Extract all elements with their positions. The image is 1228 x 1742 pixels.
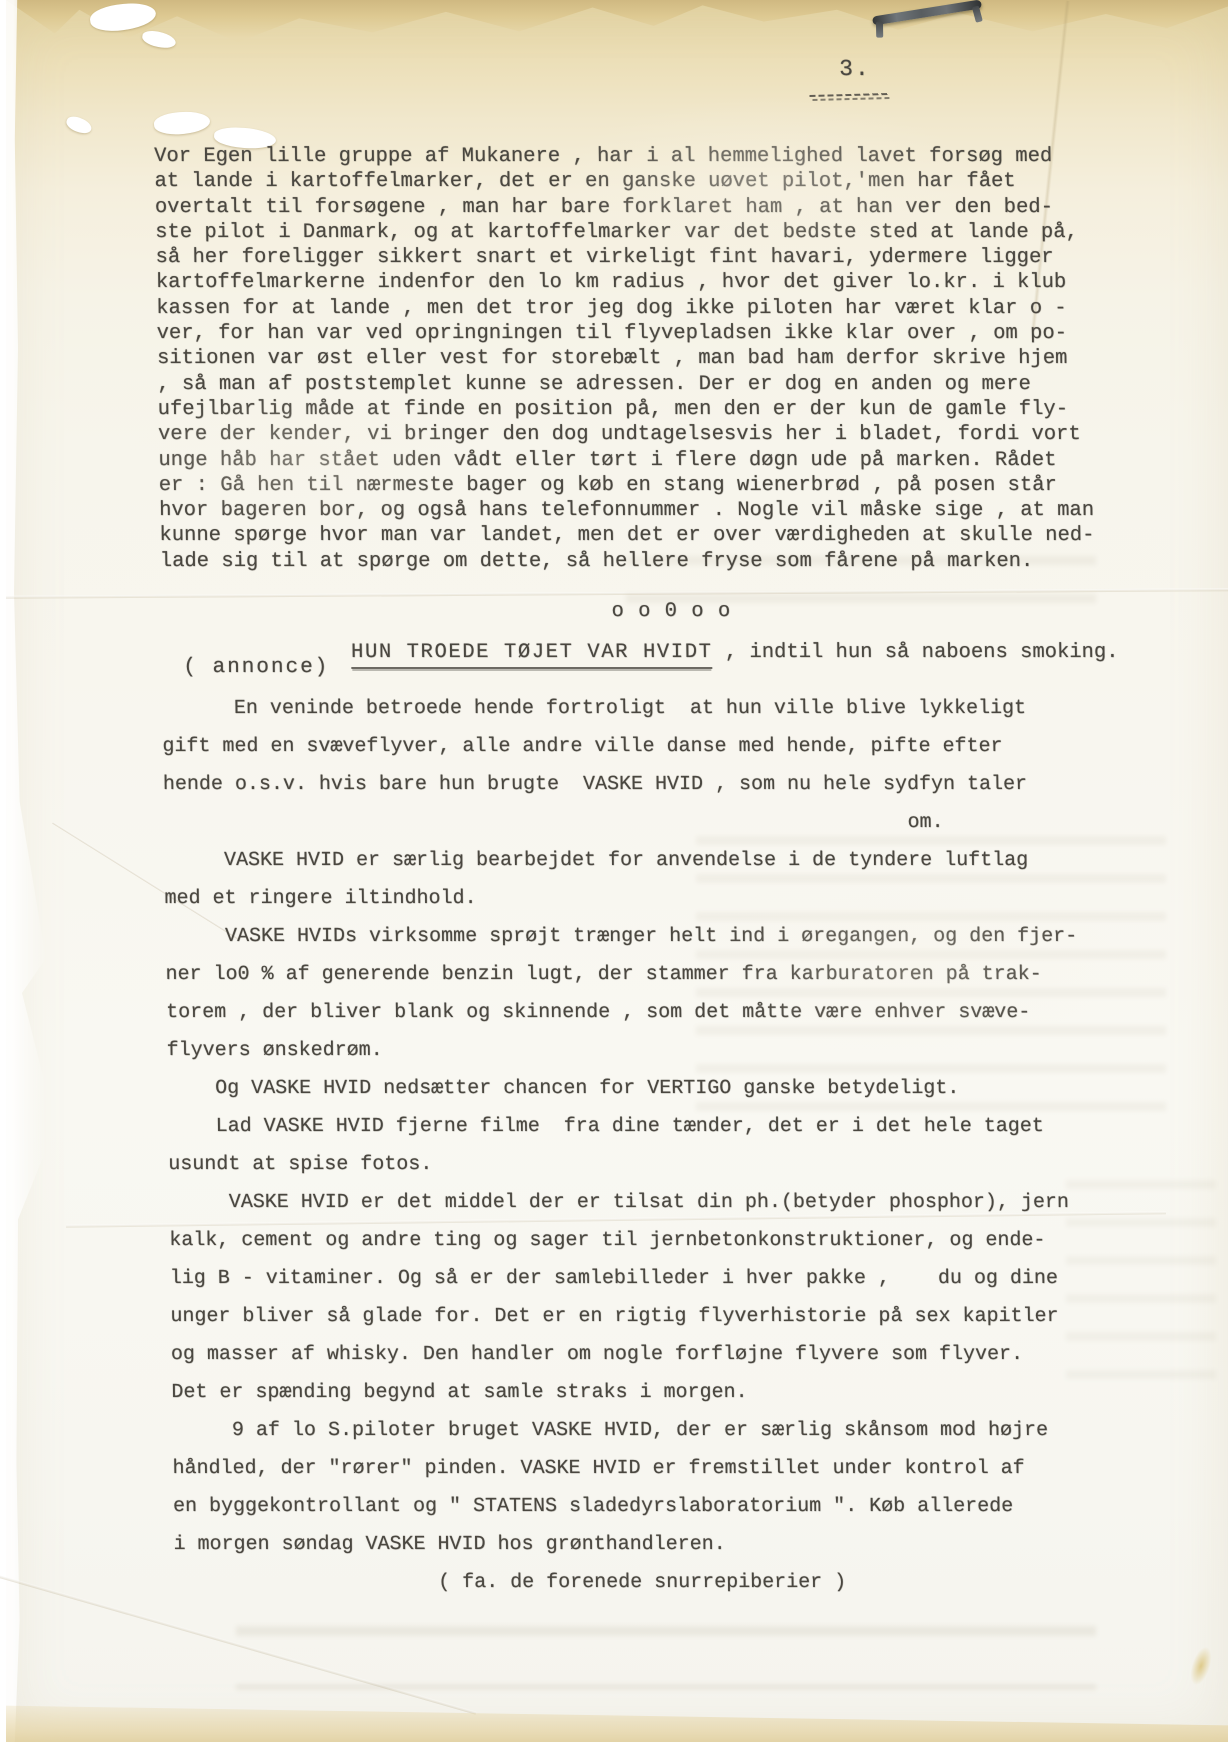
- text-line: Og VASKE HVID nedsætter chancen for VERT…: [167, 1070, 1080, 1108]
- text-line: En veninde betroede hende fortroligt at …: [162, 690, 1075, 728]
- typed-content: 3. Vor Egen lille gruppe af Mukanere , h…: [6, 0, 1228, 1742]
- text-line: flyvers ønskedrøm.: [166, 1032, 1079, 1070]
- section-divider: o o 0 o o: [611, 600, 731, 623]
- text-line: hvor bageren bor, og også hans telefonnu…: [159, 498, 1094, 523]
- text-line: vere der kender, vi bringer den dog undt…: [158, 422, 1093, 447]
- text-line: ver, for han var ved opringningen til fl…: [156, 321, 1091, 346]
- text-line: Lad VASKE HVID fjerne filme fra dine tæn…: [167, 1108, 1080, 1146]
- text-line: 9 af lo S.piloter bruget VASKE HVID, der…: [172, 1412, 1085, 1450]
- text-line: hende o.s.v. hvis bare hun brugte VASKE …: [163, 766, 1076, 804]
- text-line: håndled, der "rører" pinden. VASKE HVID …: [172, 1450, 1085, 1488]
- text-line: ( fa. de forenede snurrepiberier ): [174, 1564, 1087, 1602]
- text-line: unge håb har stået uden vådt eller tørt …: [158, 448, 1093, 473]
- scanned-page: 3. Vor Egen lille gruppe af Mukanere , h…: [0, 0, 1228, 1742]
- text-line: ufejlbarlig måde at finde en position på…: [158, 397, 1093, 422]
- annonce-label: ( annonce): [183, 656, 329, 679]
- text-line: lig B - vitaminer. Og så er der samlebil…: [170, 1260, 1083, 1298]
- paper-sheet: 3. Vor Egen lille gruppe af Mukanere , h…: [6, 0, 1228, 1742]
- text-line: VASKE HVID er særlig bearbejdet for anve…: [164, 842, 1077, 880]
- text-line: at lande i kartoffelmarker, det er en ga…: [154, 169, 1089, 194]
- page-number: 3.: [813, 56, 897, 82]
- text-line: er : Gå hen til nærmeste bager og køb en…: [159, 473, 1094, 498]
- text-line: sitionen var øst eller vest for storebæl…: [157, 346, 1092, 371]
- text-line: usundt at spise fotos.: [168, 1146, 1081, 1184]
- text-line: kunne spørge hvor man var landet, men de…: [159, 523, 1094, 548]
- intro-paragraph: Vor Egen lille gruppe af Mukanere , har …: [154, 144, 1095, 574]
- text-line: VASKE HVIDs virksomme sprøjt trænger hel…: [165, 918, 1078, 956]
- text-line: Det er spænding begynd at samle straks i…: [171, 1374, 1084, 1412]
- text-line: om.: [163, 804, 1076, 842]
- text-line: Vor Egen lille gruppe af Mukanere , har …: [154, 144, 1089, 169]
- text-line: VASKE HVID er det middel der er tilsat d…: [169, 1184, 1082, 1222]
- text-line: kartoffelmarkerne indenfor den lo km rad…: [156, 270, 1091, 295]
- text-line: med et ringere iltindhold.: [164, 880, 1077, 918]
- text-line: gift med en svæveflyver, alle andre vill…: [162, 728, 1075, 766]
- page-number-underline: [809, 93, 889, 101]
- text-line: kassen for at lande , men det tror jeg d…: [156, 296, 1091, 321]
- ad-headline-row: HUN TROEDE TØJET VAR HVIDT , indtil hun …: [351, 641, 1119, 664]
- text-line: kalk, cement og andre ting og sager til …: [169, 1222, 1082, 1260]
- ad-headline-text: HUN TROEDE TØJET VAR HVIDT: [351, 641, 713, 669]
- text-line: overtalt til forsøgene , man har bare fo…: [155, 195, 1090, 220]
- text-line: torem , der bliver blank og skinnende , …: [166, 994, 1079, 1032]
- ad-headline-suffix: , indtil hun så naboens smoking.: [712, 641, 1118, 664]
- ad-body-paragraphs: En veninde betroede hende fortroligt at …: [162, 690, 1087, 1602]
- text-line: ner lo0 % af generende benzin lugt, der …: [165, 956, 1078, 994]
- text-line: en byggekontrollant og " STATENS sladedy…: [173, 1488, 1086, 1526]
- text-line: så her foreligger sikkert snart et virke…: [155, 245, 1090, 270]
- text-line: og masser af whisky. Den handler om nogl…: [171, 1336, 1084, 1374]
- text-line: unger bliver så glade for. Det er en rig…: [170, 1298, 1083, 1336]
- text-line: , så man af poststemplet kunne se adress…: [157, 372, 1092, 397]
- text-line: ste pilot i Danmark, og at kartoffelmark…: [155, 220, 1090, 245]
- text-line: i morgen søndag VASKE HVID hos grønthand…: [173, 1526, 1086, 1564]
- text-line: lade sig til at spørge om dette, så hell…: [160, 549, 1095, 574]
